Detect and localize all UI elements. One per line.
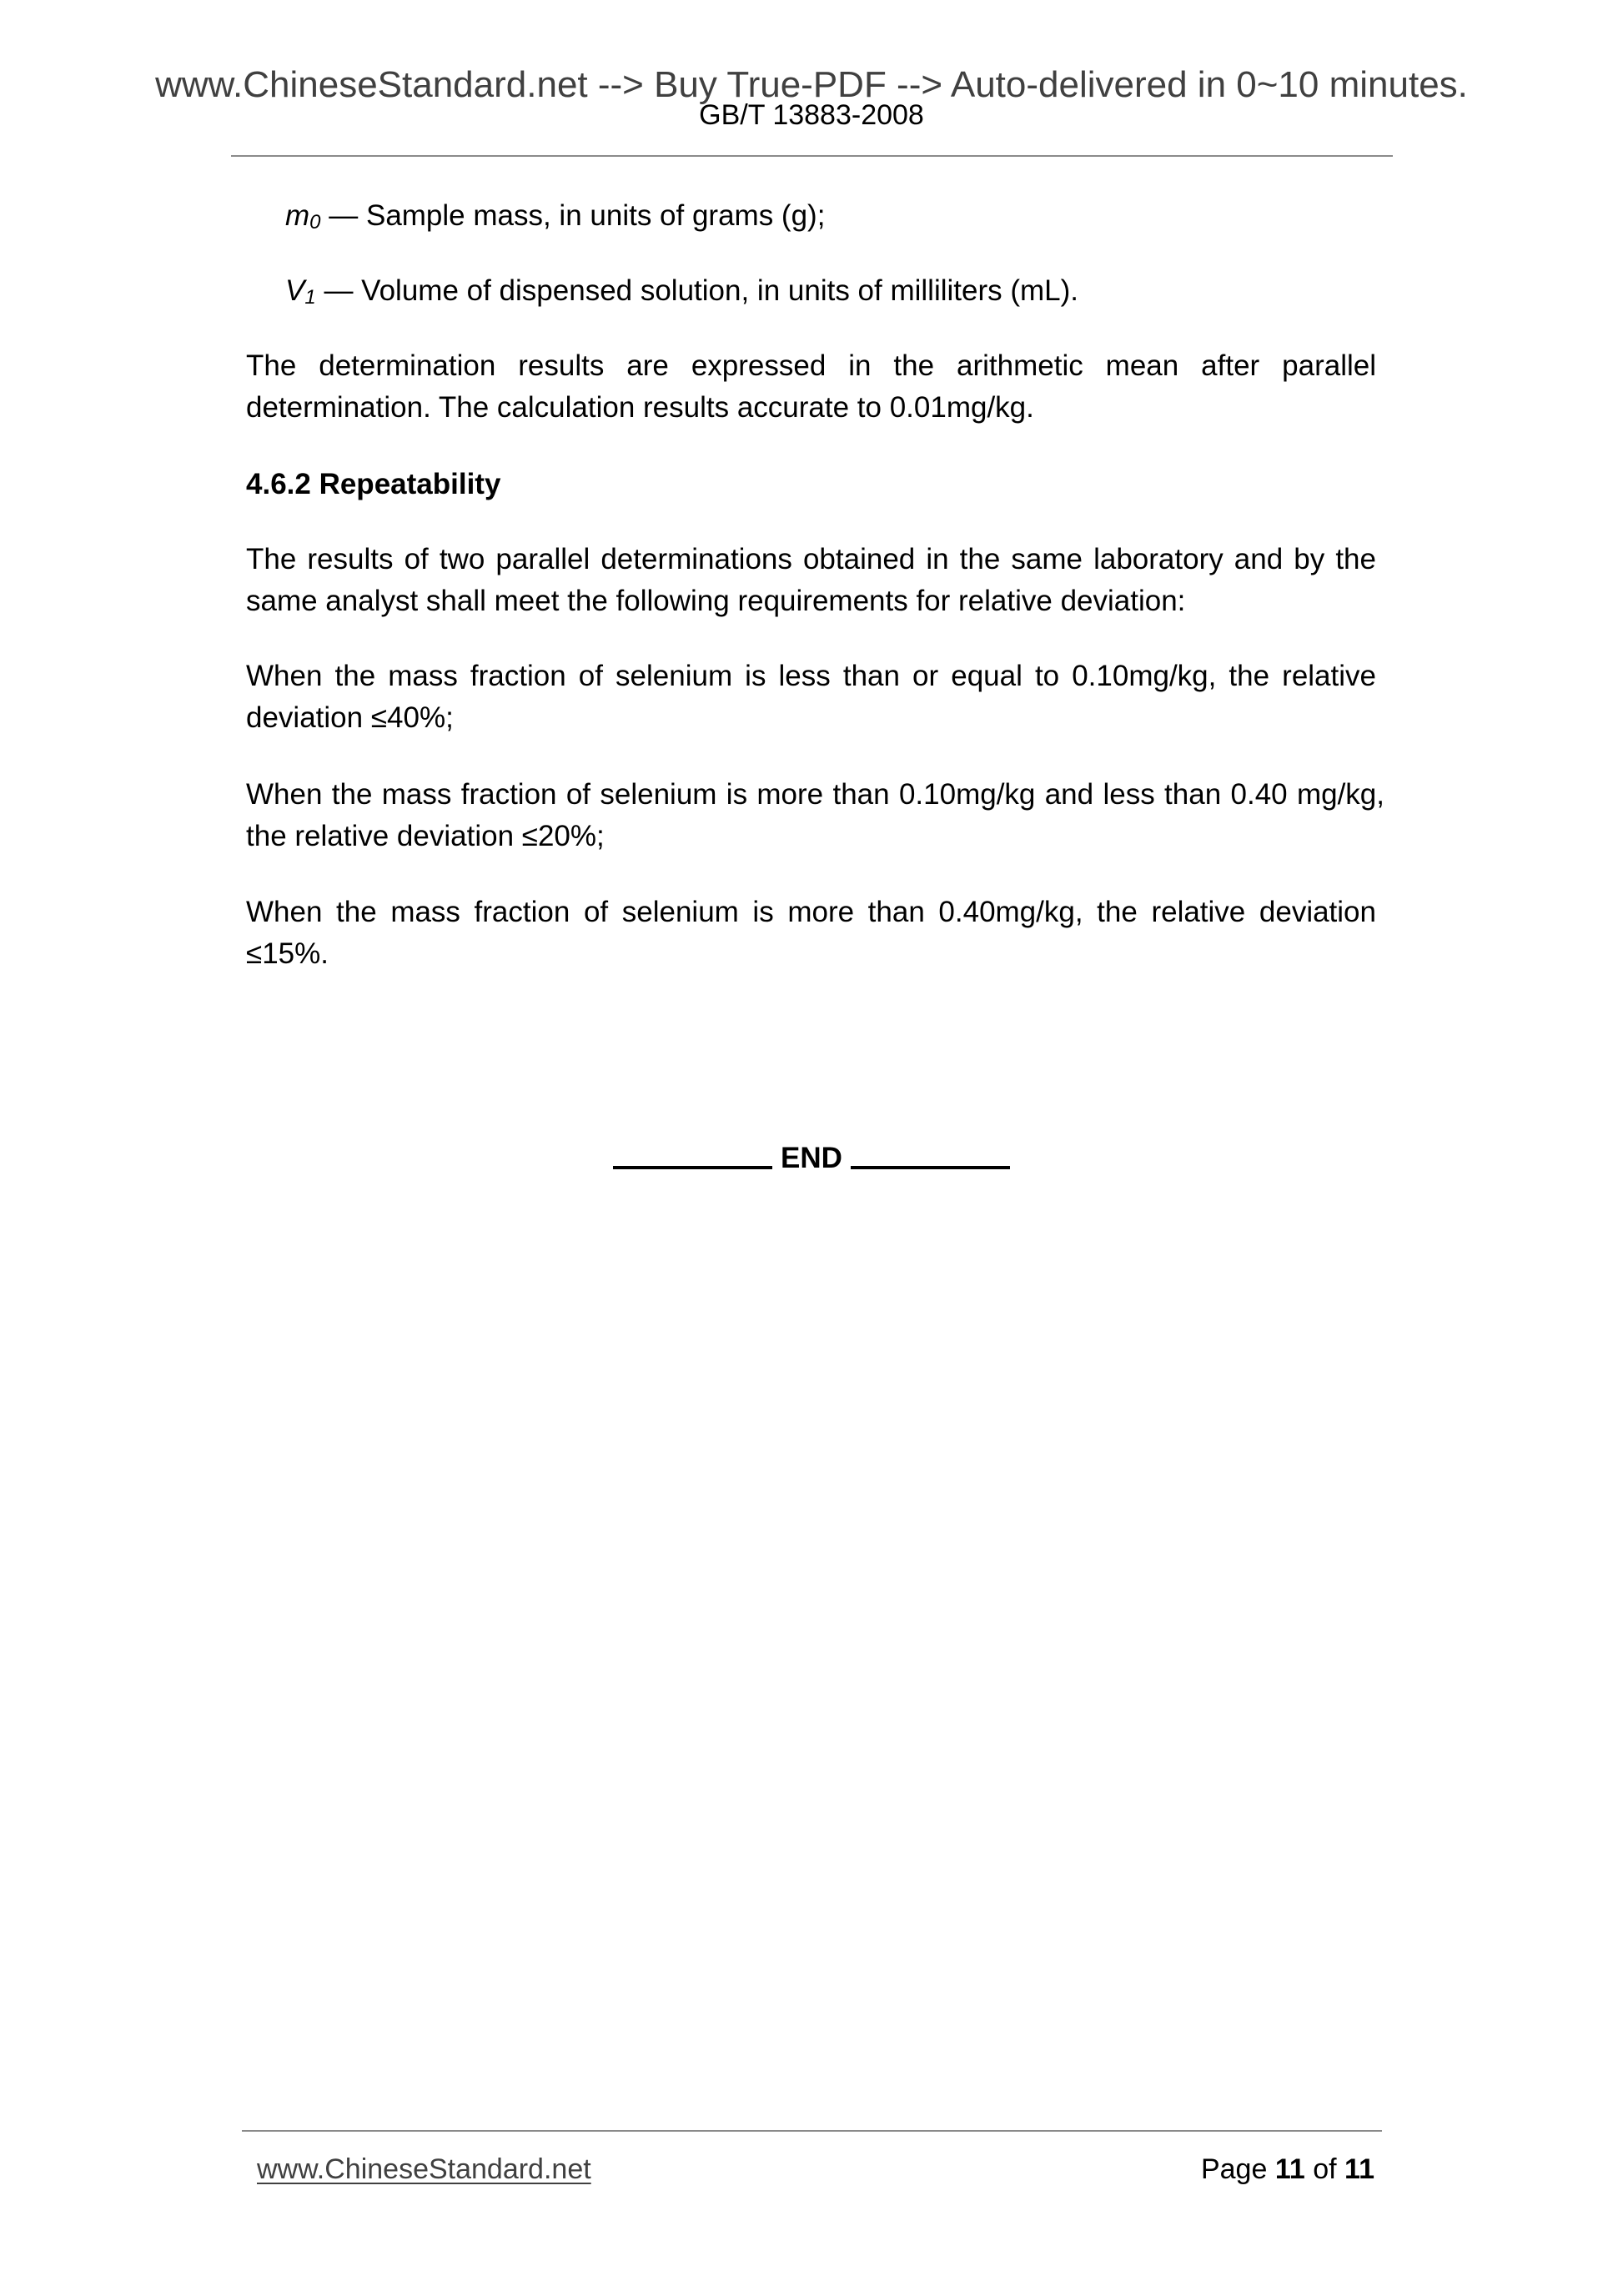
symbol: m xyxy=(285,199,309,232)
footer-divider xyxy=(242,2130,1382,2132)
paragraph-line: When the mass fraction of selenium is le… xyxy=(246,656,1376,697)
page-number: Page 11 of 11 xyxy=(1201,2153,1374,2186)
dash: — xyxy=(321,199,366,232)
paragraph-line: same analyst shall meet the following re… xyxy=(246,580,1376,622)
footer-site-link[interactable]: www.ChineseStandard.net xyxy=(257,2153,591,2186)
result-paragraph: The determination results are expressed … xyxy=(246,345,1376,429)
subscript: 0 xyxy=(309,211,320,234)
page-word: Page xyxy=(1201,2153,1267,2185)
definition-text: Sample mass, in units of grams (g); xyxy=(366,199,825,232)
definition-m0: m0 — Sample mass, in units of grams (g); xyxy=(285,195,825,237)
header-divider xyxy=(231,155,1393,157)
definition-text: Volume of dispensed solution, in units o… xyxy=(361,274,1078,307)
paragraph-line: When the mass fraction of selenium is mo… xyxy=(246,774,1384,816)
end-rule-right xyxy=(851,1166,1010,1169)
requirement-high: When the mass fraction of selenium is mo… xyxy=(246,892,1376,975)
end-marker: END xyxy=(0,1138,1623,1179)
paragraph-line: determination. The calculation results a… xyxy=(246,387,1376,429)
end-rule-left xyxy=(613,1166,772,1169)
total-pages: 11 xyxy=(1344,2153,1374,2185)
paragraph-line: deviation ≤40%; xyxy=(246,697,1376,739)
dash: — xyxy=(316,274,361,307)
paragraph-line: ≤15%. xyxy=(246,933,1376,975)
section-heading: 4.6.2 Repeatability xyxy=(246,464,500,505)
paragraph-line: When the mass fraction of selenium is mo… xyxy=(246,892,1376,933)
symbol: V xyxy=(285,274,304,307)
paragraph-line: the relative deviation ≤20%; xyxy=(246,816,1384,857)
end-text: END xyxy=(781,1142,842,1174)
paragraph-line: The results of two parallel determinatio… xyxy=(246,539,1376,580)
standard-code: GB/T 13883-2008 xyxy=(0,98,1623,132)
of-word: of xyxy=(1313,2153,1336,2185)
paragraph-line: The determination results are expressed … xyxy=(246,345,1376,387)
requirement-low: When the mass fraction of selenium is le… xyxy=(246,656,1376,739)
definition-v1: V1 — Volume of dispensed solution, in un… xyxy=(285,270,1078,312)
repeatability-intro: The results of two parallel determinatio… xyxy=(246,539,1376,622)
subscript: 1 xyxy=(304,286,315,309)
current-page: 11 xyxy=(1275,2153,1305,2185)
requirement-mid: When the mass fraction of selenium is mo… xyxy=(246,774,1384,857)
